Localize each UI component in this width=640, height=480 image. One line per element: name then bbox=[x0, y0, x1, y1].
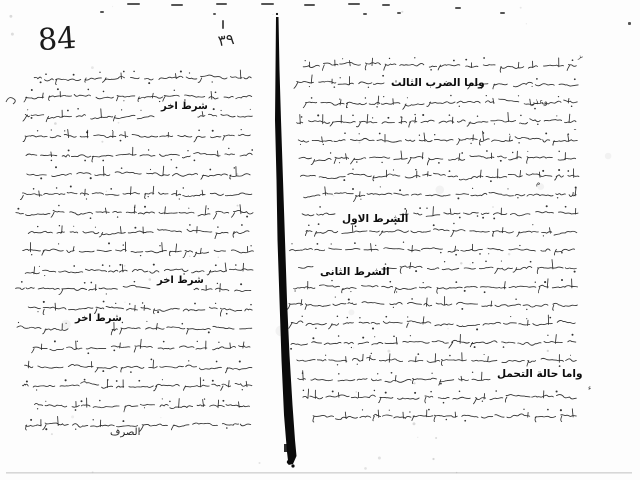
manuscript-scan: 84 ٣٩ الصرف واما الضرب الثالثالشرط الاول… bbox=[0, 0, 640, 480]
scan-artwork bbox=[0, 0, 640, 480]
